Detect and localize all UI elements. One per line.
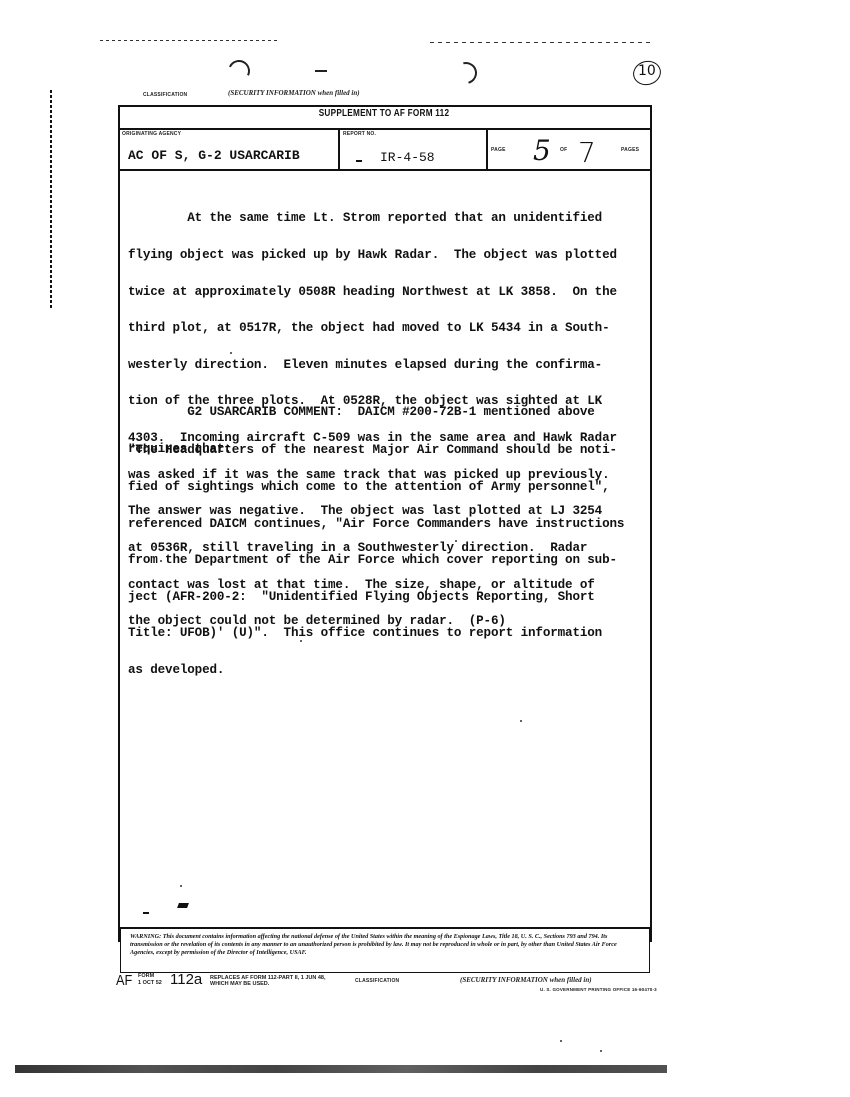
page-label: PAGE: [491, 147, 506, 153]
text-line: fied of sightings which come to the atte…: [128, 481, 624, 493]
handwritten-page-number: 10: [638, 63, 656, 79]
originating-agency-label: ORIGINATING AGENCY: [122, 131, 181, 137]
scan-speck: [455, 540, 457, 542]
dash-mark: [356, 160, 362, 162]
scan-speck: [520, 720, 522, 722]
text-line: as developed.: [128, 664, 624, 676]
text-line: ject (AFR-200-2: "Unidentified Flying Ob…: [128, 591, 624, 603]
punch-hole-mark: [225, 57, 253, 85]
scan-speck: [160, 560, 162, 562]
form-number: 112a: [170, 971, 202, 988]
text-line: twice at approximately 0508R heading Nor…: [128, 286, 617, 298]
scan-speck: [180, 885, 182, 887]
espionage-warning: WARNING: This document contains informat…: [130, 933, 640, 958]
form-label: FORM: [138, 973, 154, 979]
pages-label: PAGES: [621, 147, 639, 153]
text-line: flying object was picked up by Hawk Rada…: [128, 249, 617, 261]
paragraph-quoted-directive: "The Headquarters of the nearest Major A…: [128, 420, 624, 688]
text-line: Title: UFOB)' (U)". This office continue…: [128, 627, 624, 639]
punch-hole-mark: [451, 58, 481, 88]
scan-speck: [230, 352, 232, 354]
scan-mark: [177, 903, 189, 908]
scan-artifact-line: [100, 40, 280, 41]
scan-mark: [143, 912, 149, 914]
classification-label-top: CLASSIFICATION: [143, 92, 187, 98]
text-line: referenced DAICM continues, "Air Force C…: [128, 518, 624, 530]
page-value: 5: [533, 134, 551, 167]
scan-artifact-line: [430, 42, 650, 43]
text-line: westerly direction. Eleven minutes elaps…: [128, 359, 617, 371]
form-date: 1 OCT 52: [138, 980, 162, 986]
scan-speck: [300, 640, 302, 642]
text-line: G2 USARCARIB COMMENT: DAICM #200-72B-1 m…: [128, 406, 595, 418]
security-info-bottom: (SECURITY INFORMATION when filled in): [460, 976, 592, 984]
dash-mark: [315, 70, 327, 72]
divider: [486, 128, 488, 169]
report-no-label: REPORT NO.: [343, 131, 376, 137]
form-title: SUPPLEMENT TO AF FORM 112: [166, 108, 602, 119]
text-line: "The Headquarters of the nearest Major A…: [128, 444, 624, 456]
scan-edge-bar: [15, 1065, 667, 1073]
scan-speck: [560, 1040, 562, 1042]
text-line: At the same time Lt. Strom reported that…: [128, 212, 617, 224]
scan-speck: [600, 1050, 602, 1052]
security-info-top: (SECURITY INFORMATION when filled in): [228, 89, 360, 97]
originating-agency-value: AC OF S, G-2 USARCARIB: [128, 148, 300, 163]
text-line: from the Department of the Air Force whi…: [128, 554, 624, 566]
divider: [118, 128, 650, 130]
form-af-label: AF: [116, 972, 132, 989]
of-label: OF: [560, 147, 567, 153]
printing-office-note: U. S. GOVERNMENT PRINTING OFFICE 16-6047…: [540, 987, 657, 992]
divider: [118, 169, 650, 171]
classification-label-bottom: CLASSIFICATION: [355, 978, 399, 984]
scan-margin-artifact: [50, 90, 52, 310]
text-line: third plot, at 0517R, the object had mov…: [128, 322, 617, 334]
replaces-note-line2: WHICH MAY BE USED.: [210, 981, 269, 987]
report-no-value: IR-4-58: [380, 150, 435, 165]
of-value: 7: [578, 136, 596, 169]
divider: [338, 128, 340, 169]
